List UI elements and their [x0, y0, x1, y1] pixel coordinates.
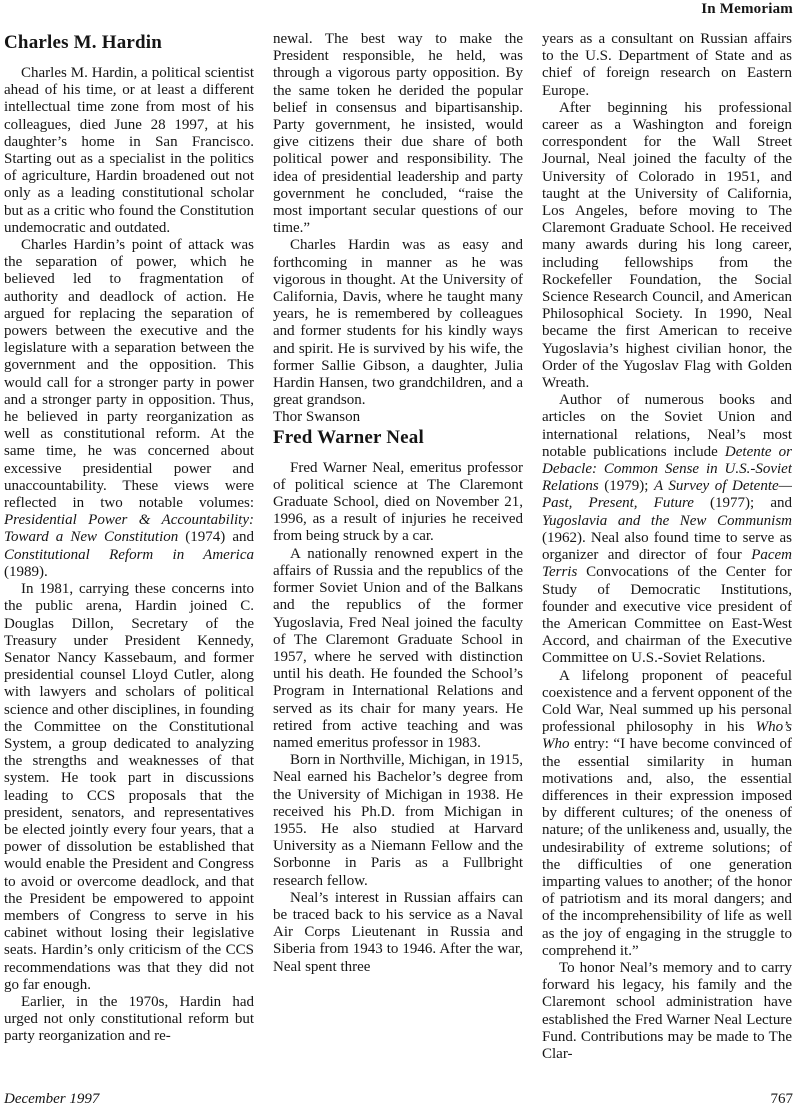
author-signature: Thor Swanson	[273, 409, 523, 426]
column-2: newal. The best way to make the Presiden…	[273, 31, 523, 1087]
paragraph-hardin-4: Earlier, in the 1970s, Hardin had urged …	[4, 994, 254, 1046]
paragraph-neal-8: To honor Neal’s memory and to carry forw…	[542, 960, 792, 1063]
column-1: Charles M. Hardin Charles M. Hardin, a p…	[4, 31, 254, 1087]
paragraph-neal-2: A nationally renowned expert in the affa…	[273, 546, 523, 752]
paragraph-neal-7: A lifelong proponent of peaceful coexist…	[542, 668, 792, 960]
page-footer: December 1997 767	[4, 1091, 793, 1108]
obituary-title-hardin: Charles M. Hardin	[4, 32, 254, 54]
obituary-title-neal: Fred Warner Neal	[273, 427, 523, 449]
paragraph-neal-1: Fred Warner Neal, emeritus professor of …	[273, 460, 523, 546]
column-3: years as a consultant on Russian affairs…	[542, 31, 792, 1087]
paragraph-neal-4-continued: years as a consultant on Russian affairs…	[542, 31, 792, 100]
paragraph-hardin-3: In 1981, carrying these concerns into th…	[4, 581, 254, 994]
footer-page-number: 767	[771, 1091, 794, 1108]
paragraph-hardin-1: Charles M. Hardin, a political scientist…	[4, 65, 254, 237]
paragraph-neal-4: Neal’s interest in Russian affairs can b…	[273, 890, 523, 976]
footer-issue-date: December 1997	[4, 1091, 99, 1108]
paragraph-hardin-2: Charles Hardin’s point of attack was the…	[4, 237, 254, 581]
running-header: In Memoriam	[701, 1, 793, 18]
paragraph-hardin-5: Charles Hardin was as easy and forthcomi…	[273, 237, 523, 409]
paragraph-neal-3: Born in Northville, Michigan, in 1915, N…	[273, 752, 523, 890]
article-columns: Charles M. Hardin Charles M. Hardin, a p…	[4, 31, 792, 1087]
paragraph-neal-6: Author of numerous books and articles on…	[542, 392, 792, 667]
paragraph-hardin-4-continued: newal. The best way to make the Presiden…	[273, 31, 523, 237]
paragraph-neal-5: After beginning his professional career …	[542, 100, 792, 392]
